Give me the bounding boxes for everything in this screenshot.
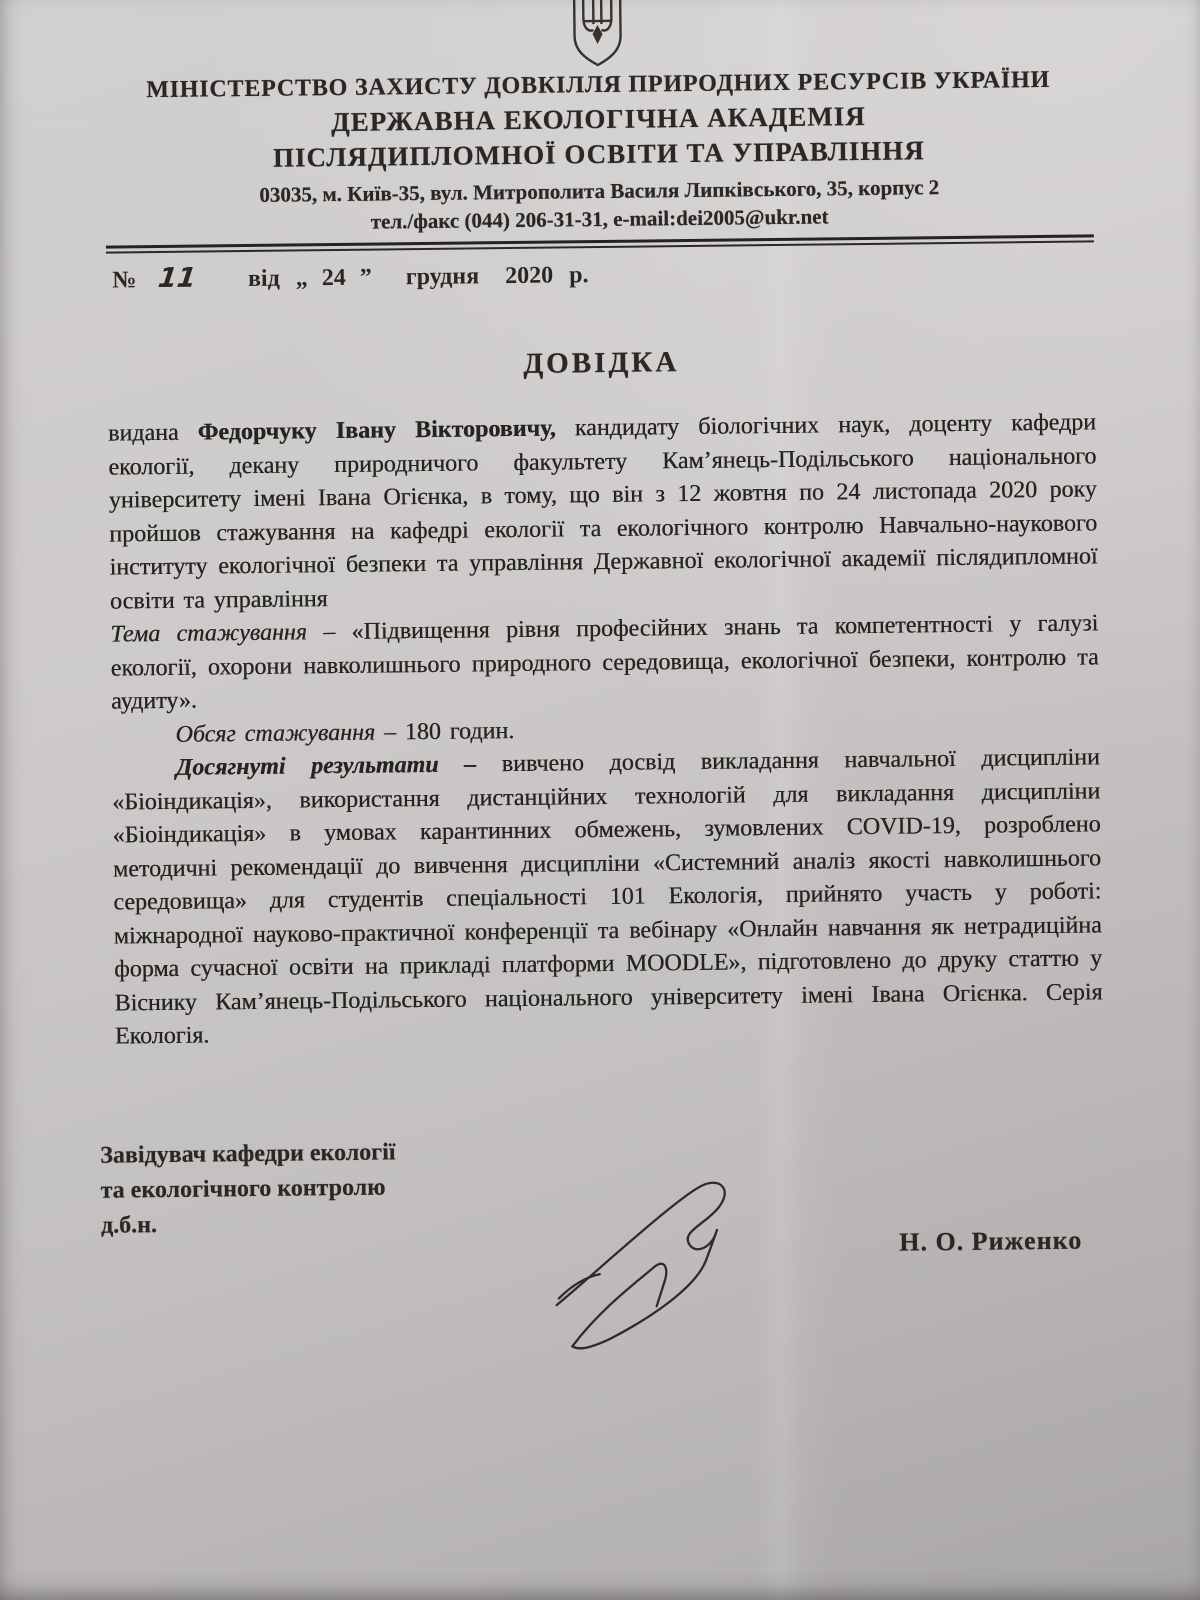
- paragraph-issued-to: видана Федорчуку Івану Вікторовичу, канд…: [108, 406, 1098, 618]
- close-quote: ”: [360, 265, 372, 292]
- date-month: грудня: [406, 263, 480, 291]
- signer-name: Н. О. Риженко: [899, 1225, 1082, 1257]
- handwritten-signature-icon: [546, 1162, 798, 1355]
- handwritten-document-number: 11: [156, 263, 198, 294]
- document-body: видана Федорчуку Івану Вікторовичу, канд…: [108, 406, 1103, 1054]
- signature-block: Завідувач кафедри екології та екологічно…: [116, 1127, 1107, 1398]
- year-suffix: р.: [569, 262, 589, 289]
- document-title: ДОВІДКА: [107, 341, 1095, 385]
- header-divider: [106, 234, 1094, 253]
- number-sign: №: [112, 267, 136, 294]
- paragraph-internship-topic: Тема стажування – «Підвищення рівня проф…: [110, 607, 1099, 719]
- signer-role-line2: та екологічного контролю: [100, 1170, 396, 1208]
- date-year: 2020: [505, 263, 553, 291]
- date-day: 24: [322, 265, 346, 292]
- document-content: МІНІСТЕРСТВО ЗАХИСТУ ДОВКІЛЛЯ ПРИРОДНИХ …: [0, 0, 1200, 1399]
- reference-number-line: № 11 від „ 24 ” грудня 2020 р.: [106, 252, 1094, 294]
- scanned-document-page: МІНІСТЕРСТВО ЗАХИСТУ ДОВКІЛЛЯ ПРИРОДНИХ …: [0, 0, 1200, 1600]
- from-word: від: [248, 266, 280, 293]
- ministry-name: МІНІСТЕРСТВО ЗАХИСТУ ДОВКІЛЛЯ ПРИРОДНИХ …: [104, 66, 1092, 104]
- ukraine-trident-icon: [568, 0, 627, 70]
- signer-role-line1: Завідувач кафедри екології: [100, 1135, 396, 1173]
- paragraph-achieved-results: Досягнуті результати – вивчено досвід ви…: [112, 741, 1103, 1054]
- open-quote: „: [296, 265, 308, 292]
- signer-role: Завідувач кафедри екології та екологічно…: [100, 1135, 396, 1243]
- recipient-name: Федорчуку Івану Вікторовичу,: [198, 415, 575, 445]
- signer-role-line3: д.б.н.: [101, 1205, 397, 1243]
- academy-name-line2: ПІСЛЯДИПЛОМНОЇ ОСВІТИ ТА УПРАВЛІННЯ: [105, 133, 1093, 175]
